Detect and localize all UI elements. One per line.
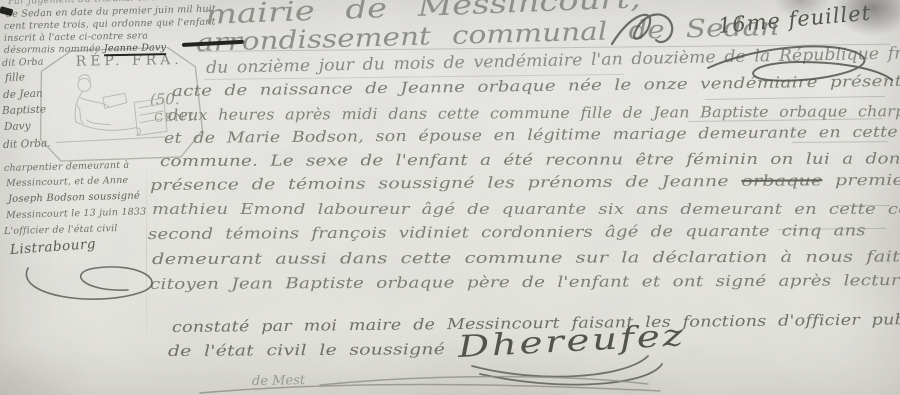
body-line: mathieu Emond laboureur âgé de quarante … xyxy=(152,200,900,218)
margin-note-line: dit Orba xyxy=(2,57,44,69)
baseline-rule xyxy=(705,96,885,100)
margin-signature-flourish xyxy=(26,267,152,299)
body-line: deux heures après midi dans cette commun… xyxy=(168,102,900,124)
closing-line: de l'état civil le soussigné xyxy=(168,340,445,360)
rectified-name: Jeanne Davy xyxy=(104,42,166,56)
body-line-text: premier témoin xyxy=(822,170,900,189)
folio-number: 16me feuillet xyxy=(717,1,872,38)
margin-filiation: fille xyxy=(5,71,25,84)
margin-filiation: Davy xyxy=(4,120,31,133)
margin-filiation: de Jean xyxy=(3,88,43,101)
margin-note-line: Messincourt, et de Anne xyxy=(6,175,129,189)
body-line: présence de témoins soussigné les prénom… xyxy=(150,170,900,194)
bottom-cut-fragment: de Mest xyxy=(252,373,305,389)
margin-note-line: désormais nommée Jeanne Davy xyxy=(4,42,166,56)
body-line: citoyen Jean Baptiste orbaque père de l'… xyxy=(150,271,900,293)
margin-note-line: L'officier de l'état civil xyxy=(4,223,118,237)
body-line-text: présence de témoins soussigné les prénom… xyxy=(150,172,742,194)
margin-note-line: charpentier demeurant à xyxy=(4,160,130,174)
struck-word: orbaque xyxy=(741,171,822,190)
manuscript-page: Par jugement du tribunal civil de Sedan … xyxy=(0,0,900,395)
margin-note-text: désormais nommée xyxy=(4,43,104,56)
body-line: demeurant aussi dans cette commune sur l… xyxy=(152,247,900,268)
body-line: et de Marie Bodson, son épouse en légiti… xyxy=(164,123,898,147)
body-line: commune. Le sexe de l'enfant a été recon… xyxy=(160,149,900,170)
margin-filiation: dit Orba. xyxy=(3,137,51,151)
margin-note-line: Messincourt le 13 juin 1833 xyxy=(6,206,147,221)
corner-ink-mark xyxy=(0,6,13,16)
fold-crease xyxy=(146,150,147,360)
margin-filiation: Baptiste xyxy=(2,103,47,117)
filler-dash xyxy=(792,141,888,143)
margin-signature: Listrabourg xyxy=(9,236,96,258)
body-line: second témoins françois vidiniet cordonn… xyxy=(148,221,866,243)
margin-note-line: Joseph Bodson soussigné xyxy=(8,191,140,205)
